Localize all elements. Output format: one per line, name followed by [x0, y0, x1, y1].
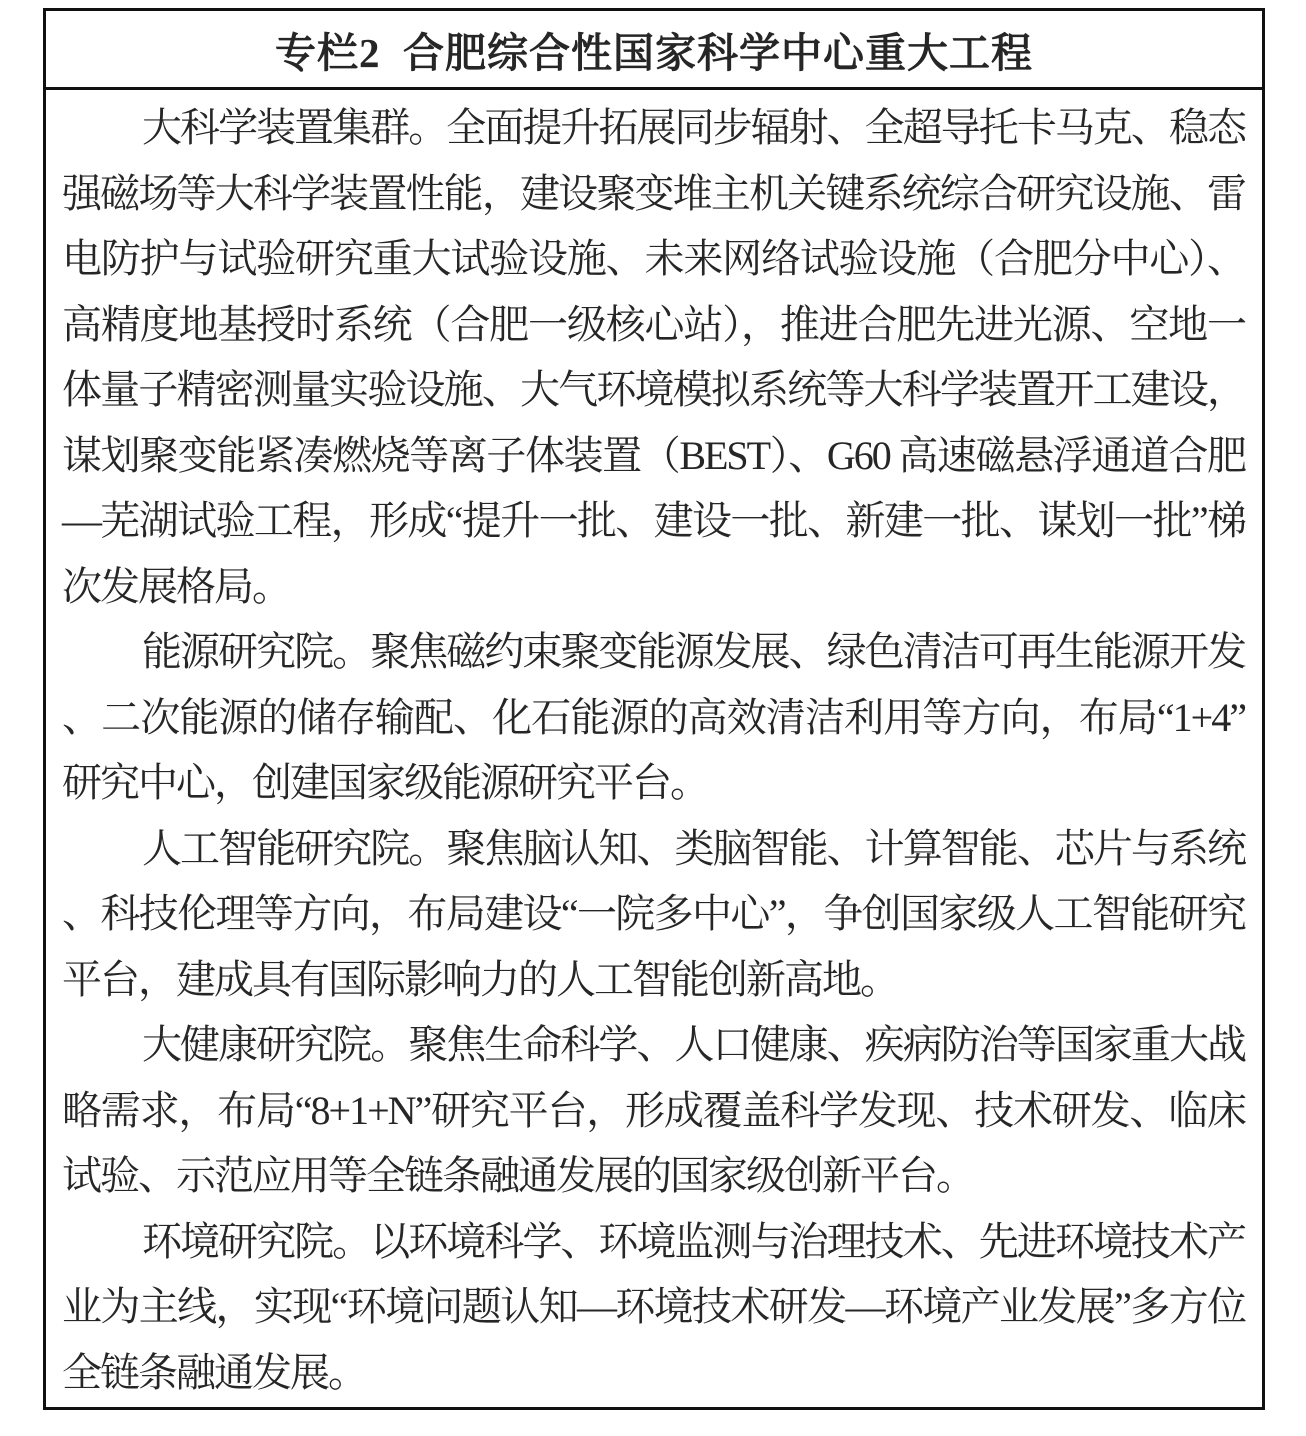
paragraph-ai-institute: 人工智能研究院。聚焦脑认知、类脑智能、计算智能、芯片与系统、科技伦理等方向，布局… [62, 816, 1245, 1013]
paragraph-energy-institute: 能源研究院。聚焦磁约束聚变能源发展、绿色清洁可再生能源开发、二次能源的储存输配、… [62, 619, 1245, 816]
box-title: 专栏2 合肥综合性国家科学中心重大工程 [275, 20, 1033, 79]
box-title-row: 专栏2 合肥综合性国家科学中心重大工程 [46, 11, 1262, 90]
callout-box: 专栏2 合肥综合性国家科学中心重大工程 大科学装置集群。全面提升拓展同步辐射、全… [43, 8, 1265, 1410]
paragraph-environment-institute: 环境研究院。以环境科学、环境监测与治理技术、先进环境技术产业为主线，实现“环境问… [62, 1209, 1245, 1406]
paragraph-major-facilities: 大科学装置集群。全面提升拓展同步辐射、全超导托卡马克、稳态强磁场等大科学装置性能… [62, 95, 1245, 619]
box-body: 大科学装置集群。全面提升拓展同步辐射、全超导托卡马克、稳态强磁场等大科学装置性能… [46, 90, 1262, 1405]
paragraph-health-institute: 大健康研究院。聚焦生命科学、人口健康、疾病防治等国家重大战略需求，布局“8+1+… [62, 1012, 1245, 1209]
